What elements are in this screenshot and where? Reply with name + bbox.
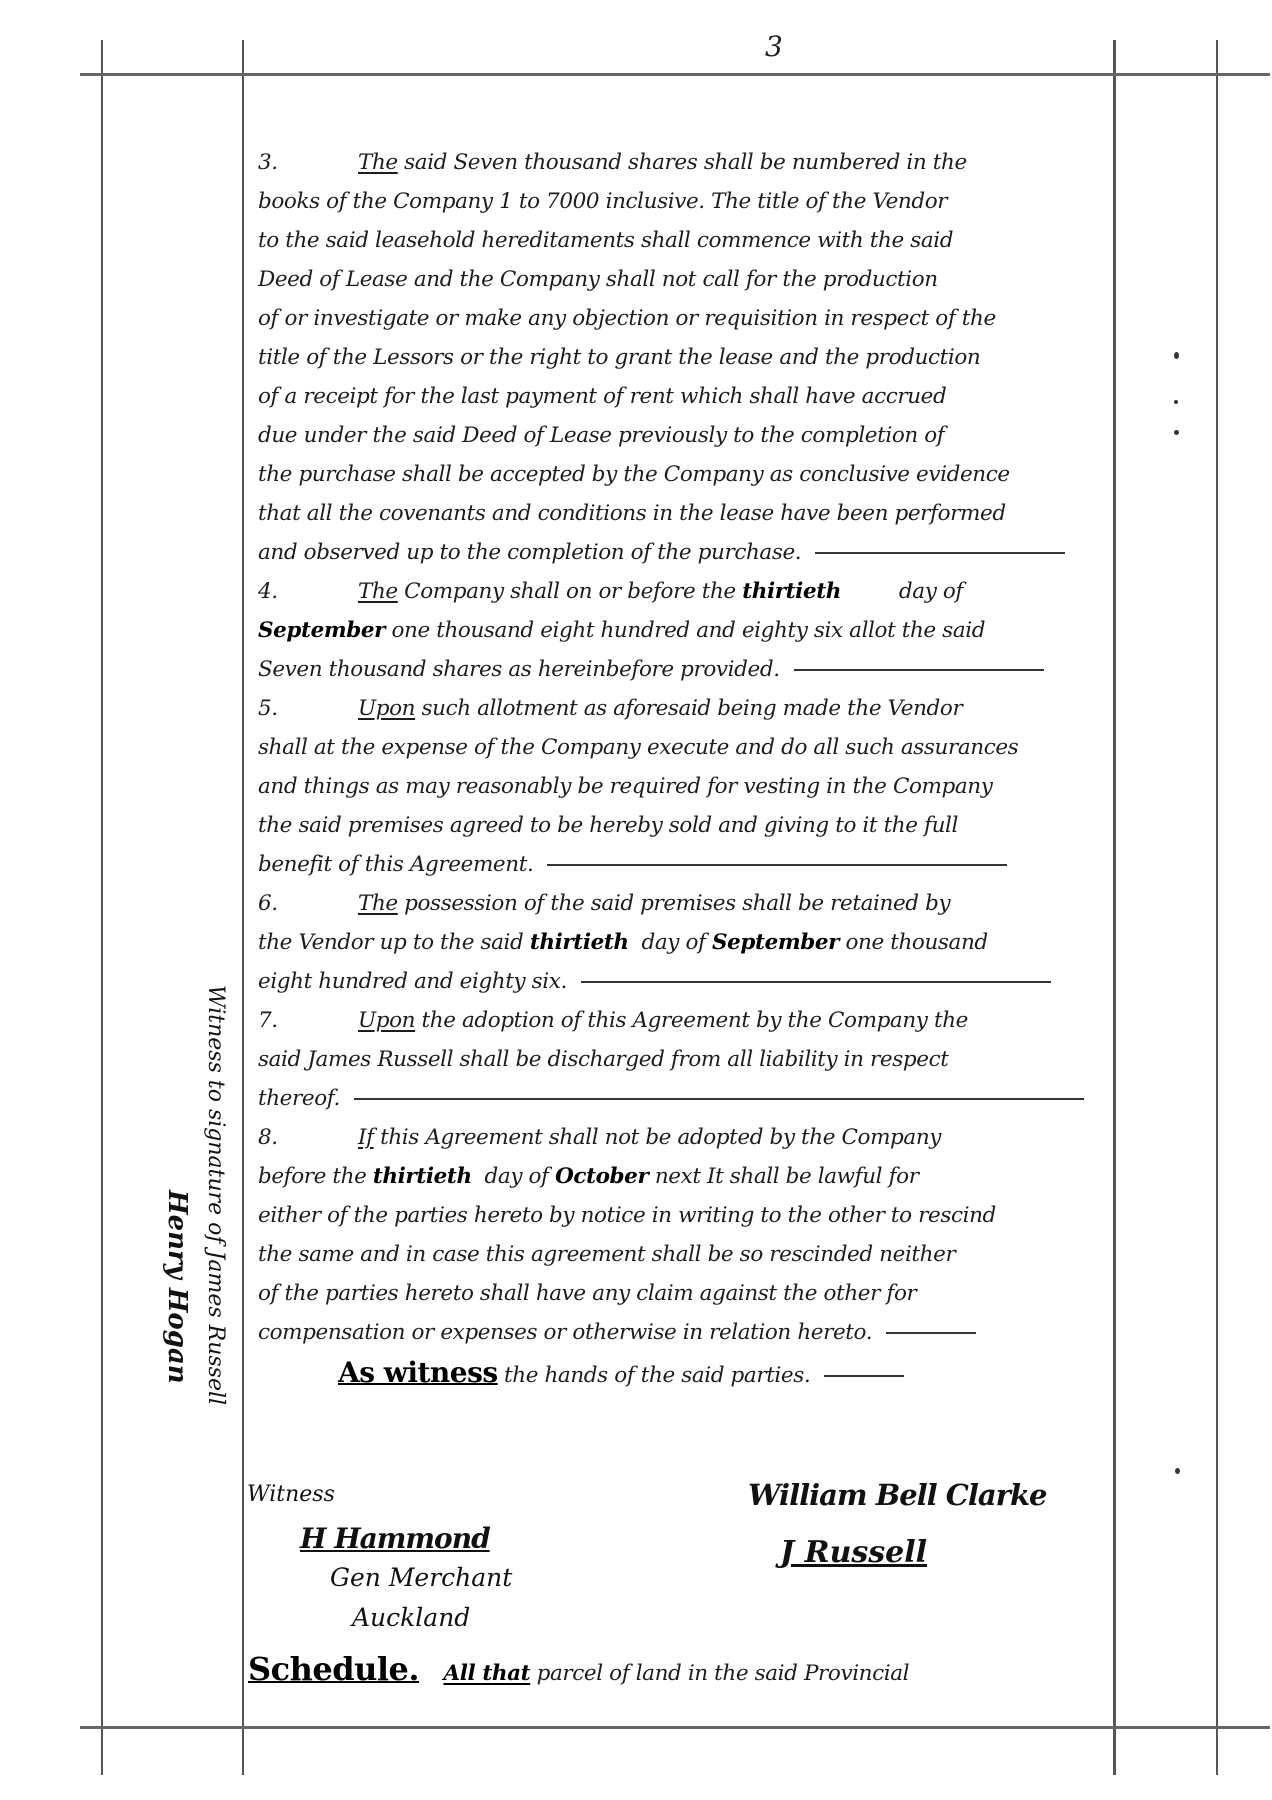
clause-4-line-1: 4.The Company shall on or before the thi… (258, 579, 963, 617)
clause-3-line-11: and observed up to the completion of the… (258, 540, 1065, 578)
clause-6-line-3: eight hundred and eighty six. (258, 969, 1051, 1007)
clause-4-line-2: September one thousand eight hundred and… (258, 618, 985, 656)
clause-3-line-9: the purchase shall be accepted by the Co… (258, 462, 1010, 500)
filled-in-month: September (258, 618, 385, 643)
clause-3-line-2: books of the Company 1 to 7000 inclusive… (258, 189, 947, 227)
clause-lead-word: If (358, 1125, 374, 1150)
clause-8-line-3: either of the parties hereto by notice i… (258, 1203, 996, 1241)
line-filler-dash (815, 552, 1065, 554)
filled-in-date: thirtieth (530, 930, 629, 955)
filled-in-date: thirtieth (373, 1164, 472, 1189)
clause-5-line-1: 5.Upon such allotment as aforesaid being… (258, 696, 962, 734)
witness-label: Witness (247, 1482, 335, 1507)
top-rule (80, 73, 1270, 76)
clause-8-line-6: compensation or expenses or otherwise in… (258, 1320, 976, 1358)
clause-8-line-2: before the thirtieth day of October next… (258, 1164, 919, 1202)
filled-in-month: October (555, 1164, 648, 1189)
clause-number: 5. (258, 696, 358, 721)
clause-8-line-1: 8.If this Agreement shall not be adopted… (258, 1125, 941, 1163)
margin-speck (1174, 352, 1179, 359)
line-filler-dash (824, 1375, 904, 1377)
outer-right-rule (1216, 40, 1218, 1775)
clause-5-line-2: shall at the expense of the Company exec… (258, 735, 1018, 773)
margin-witness-signature: Henry Hogan (162, 1190, 192, 1384)
schedule-heading: Schedule. (248, 1650, 419, 1688)
line-filler-dash (581, 981, 1051, 983)
clause-5-line-4: the said premises agreed to be hereby so… (258, 813, 958, 851)
clause-lead-word: The (358, 891, 398, 916)
margin-speck (1175, 1468, 1180, 1474)
clause-3-line-10: that all the covenants and conditions in… (258, 501, 1006, 539)
clause-8-line-4: the same and in case this agreement shal… (258, 1242, 955, 1280)
clause-3-line-6: title of the Lessors or the right to gra… (258, 345, 980, 383)
clause-3-line-3: to the said leasehold hereditaments shal… (258, 228, 953, 266)
clause-3-line-4: Deed of Lease and the Company shall not … (258, 267, 938, 305)
clause-4-line-3: Seven thousand shares as hereinbefore pr… (258, 657, 1044, 695)
line-filler-dash (354, 1098, 1084, 1100)
line-filler-dash (886, 1332, 976, 1334)
filled-in-month: September (712, 930, 839, 955)
line-filler-dash (794, 669, 1044, 671)
witness-place: Auckland (352, 1603, 470, 1632)
margin-witness-note: Witness to signature of James Russell (203, 985, 228, 1405)
witness-occupation: Gen Merchant (330, 1563, 512, 1592)
signature-j-russell: J Russell (780, 1535, 927, 1570)
line-filler-dash (547, 864, 1007, 866)
clause-number: 8. (258, 1125, 358, 1150)
page-number: 3 (765, 30, 783, 63)
clause-3-line-8: due under the said Deed of Lease previou… (258, 423, 944, 461)
outer-left-rule (101, 40, 103, 1775)
clause-lead-word: The (358, 150, 398, 175)
clause-6-line-2: the Vendor up to the said thirtieth day … (258, 930, 988, 968)
signature-william-bell-clarke: William Bell Clarke (748, 1478, 1047, 1512)
inner-left-rule (242, 40, 244, 1775)
clause-lead-word: Upon (358, 1008, 415, 1033)
clause-lead-word: The (358, 579, 398, 604)
schedule-lead: All that (443, 1661, 530, 1686)
witness-signature: H Hammond (300, 1522, 490, 1555)
clause-number: 4. (258, 579, 358, 604)
clause-3-line-1: 3.The said Seven thousand shares shall b… (258, 150, 967, 188)
clause-number: 6. (258, 891, 358, 916)
clause-3-line-5: of or investigate or make any objection … (258, 306, 996, 344)
clause-8-line-5: of the parties hereto shall have any cla… (258, 1281, 916, 1319)
clause-number: 7. (258, 1008, 358, 1033)
testimonium-line: As witness the hands of the said parties… (338, 1356, 904, 1400)
clause-lead-word: Upon (358, 696, 415, 721)
clause-6-line-1: 6.The possession of the said premises sh… (258, 891, 950, 929)
schedule-line: Schedule. All that parcel of land in the… (248, 1650, 909, 1696)
margin-speck (1174, 430, 1179, 435)
clause-5-line-3: and things as may reasonably be required… (258, 774, 993, 812)
margin-speck (1174, 400, 1178, 404)
clause-7-line-3: thereof. (258, 1086, 1084, 1124)
clause-7-line-2: said James Russell shall be discharged f… (258, 1047, 948, 1085)
inner-right-rule (1113, 40, 1116, 1775)
clause-7-line-1: 7.Upon the adoption of this Agreement by… (258, 1008, 968, 1046)
filled-in-date: thirtieth (742, 579, 841, 604)
clause-number: 3. (258, 150, 358, 175)
clause-5-line-5: benefit of this Agreement. (258, 852, 1007, 890)
testimonium-heading: As witness (338, 1356, 498, 1389)
clause-3-line-7: of a receipt for the last payment of ren… (258, 384, 946, 422)
bottom-rule (80, 1726, 1270, 1729)
